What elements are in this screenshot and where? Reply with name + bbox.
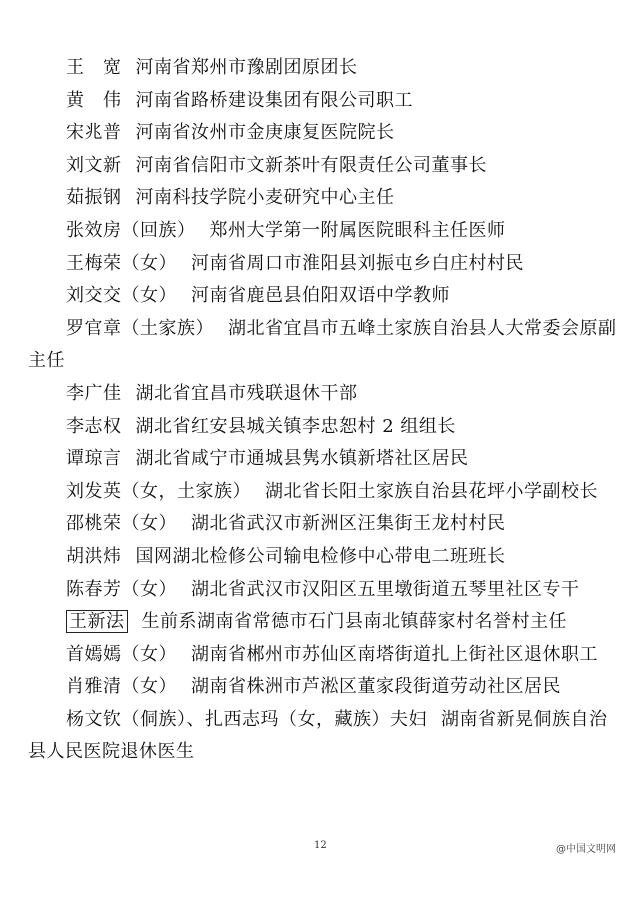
person-name: 王 宽 bbox=[66, 57, 122, 78]
list-item: 刘发英（女，土家族）湖北省长阳土家族自治县花坪小学副校长 bbox=[28, 476, 618, 509]
person-description: 河南省信阳市文新茶叶有限责任公司董事长 bbox=[136, 155, 488, 176]
list-item: 王 宽河南省郑州市豫剧团原团长 bbox=[28, 52, 618, 85]
list-item: 陈春芳（女）湖北省武汉市汉阳区五里墩街道五琴里社区专干 bbox=[28, 574, 618, 607]
list-item: 胡洪炜国网湖北检修公司输电检修中心带电二班班长 bbox=[28, 541, 618, 574]
person-description: 国网湖北检修公司输电检修中心带电二班班长 bbox=[136, 546, 506, 567]
person-name: 邵桃荣（女） bbox=[66, 513, 177, 534]
list-item: 谭琼言湖北省咸宁市通城县隽水镇新塔社区居民 bbox=[28, 443, 618, 476]
person-name-boxed: 王新法 bbox=[66, 610, 128, 633]
list-item: 黄 伟河南省路桥建设集团有限公司职工 bbox=[28, 85, 618, 118]
person-description: 河南科技学院小麦研究中心主任 bbox=[136, 187, 395, 208]
person-name: 王梅荣（女） bbox=[66, 253, 177, 274]
person-name: 黄 伟 bbox=[66, 90, 122, 111]
person-name: 肖雅清（女） bbox=[66, 676, 177, 697]
person-description: 郑州大学第一附属医院眼科主任医师 bbox=[210, 220, 506, 241]
person-description: 河南省路桥建设集团有限公司职工 bbox=[136, 90, 414, 111]
person-name: 谭琼言 bbox=[66, 448, 122, 469]
list-item: 张效房（回族）郑州大学第一附属医院眼科主任医师 bbox=[28, 215, 618, 248]
person-description: 湖南省株洲市芦淞区董家段街道劳动社区居民 bbox=[191, 676, 561, 697]
person-description: 湖北省武汉市汉阳区五里墩街道五琴里社区专干 bbox=[191, 579, 580, 600]
person-name: 胡洪炜 bbox=[66, 546, 122, 567]
person-name: 茹振钢 bbox=[66, 187, 122, 208]
person-name: 陈春芳（女） bbox=[66, 579, 177, 600]
person-name: 李志权 bbox=[66, 416, 122, 437]
watermark: @中国文明网 bbox=[556, 840, 616, 855]
person-description: 河南省周口市淮阳县刘振屯乡白庄村村民 bbox=[191, 253, 524, 274]
document-page: 王 宽河南省郑州市豫剧团原团长 黄 伟河南省路桥建设集团有限公司职工 宋兆普河南… bbox=[0, 0, 640, 906]
list-item: 王新法生前系湖南省常德市石门县南北镇薛家村名誉村主任 bbox=[28, 606, 618, 639]
person-name: 张效房（回族） bbox=[66, 220, 196, 241]
person-name: 刘发英（女，土家族） bbox=[66, 481, 251, 502]
list-item: 李志权湖北省红安县城关镇李忠恕村 2 组组长 bbox=[28, 411, 618, 444]
person-description: 湖北省红安县城关镇李忠恕村 2 组组长 bbox=[136, 416, 456, 437]
person-description: 湖北省宜昌市残联退休干部 bbox=[136, 383, 358, 404]
person-description: 湖北省长阳土家族自治县花坪小学副校长 bbox=[265, 481, 598, 502]
list-item: 王梅荣（女）河南省周口市淮阳县刘振屯乡白庄村村民 bbox=[28, 248, 618, 281]
person-name: 刘交交（女） bbox=[66, 285, 177, 306]
person-description: 湖北省武汉市新洲区汪集街王龙村村民 bbox=[191, 513, 506, 534]
list-item: 宋兆普河南省汝州市金庚康复医院院长 bbox=[28, 117, 618, 150]
person-description: 湖南省郴州市苏仙区南塔街道扎上街社区退休职工 bbox=[191, 644, 598, 665]
list-item: 茹振钢河南科技学院小麦研究中心主任 bbox=[28, 182, 618, 215]
person-description: 河南省郑州市豫剧团原团长 bbox=[136, 57, 358, 78]
list-item: 李广佳湖北省宜昌市残联退休干部 bbox=[28, 378, 618, 411]
person-name: 李广佳 bbox=[66, 383, 122, 404]
list-item: 杨文钦（侗族）、扎西志玛（女，藏族）夫妇湖南省新晃侗族自治县人民医院退休医生 bbox=[28, 704, 618, 769]
person-name: 刘文新 bbox=[66, 155, 122, 176]
list-item: 肖雅清（女）湖南省株洲市芦淞区董家段街道劳动社区居民 bbox=[28, 671, 618, 704]
list-item: 刘文新河南省信阳市文新茶叶有限责任公司董事长 bbox=[28, 150, 618, 183]
person-name: 宋兆普 bbox=[66, 122, 122, 143]
page-number: 12 bbox=[314, 840, 327, 851]
person-description: 湖北省咸宁市通城县隽水镇新塔社区居民 bbox=[136, 448, 469, 469]
list-item: 刘交交（女）河南省鹿邑县伯阳双语中学教师 bbox=[28, 280, 618, 313]
list-item: 罗官章（土家族）湖北省宜昌市五峰土家族自治县人大常委会原副主任 bbox=[28, 313, 618, 378]
person-name: 罗官章（土家族） bbox=[66, 318, 214, 339]
honoree-list: 王 宽河南省郑州市豫剧团原团长 黄 伟河南省路桥建设集团有限公司职工 宋兆普河南… bbox=[28, 52, 618, 769]
person-description: 河南省鹿邑县伯阳双语中学教师 bbox=[191, 285, 450, 306]
person-name: 首嫣嫣（女） bbox=[66, 644, 177, 665]
list-item: 邵桃荣（女）湖北省武汉市新洲区汪集街王龙村村民 bbox=[28, 508, 618, 541]
list-item: 首嫣嫣（女）湖南省郴州市苏仙区南塔街道扎上街社区退休职工 bbox=[28, 639, 618, 672]
person-description: 生前系湖南省常德市石门县南北镇薛家村名誉村主任 bbox=[142, 611, 568, 632]
person-description: 河南省汝州市金庚康复医院院长 bbox=[136, 122, 395, 143]
person-name: 杨文钦（侗族）、扎西志玛（女，藏族）夫妇 bbox=[66, 709, 427, 730]
